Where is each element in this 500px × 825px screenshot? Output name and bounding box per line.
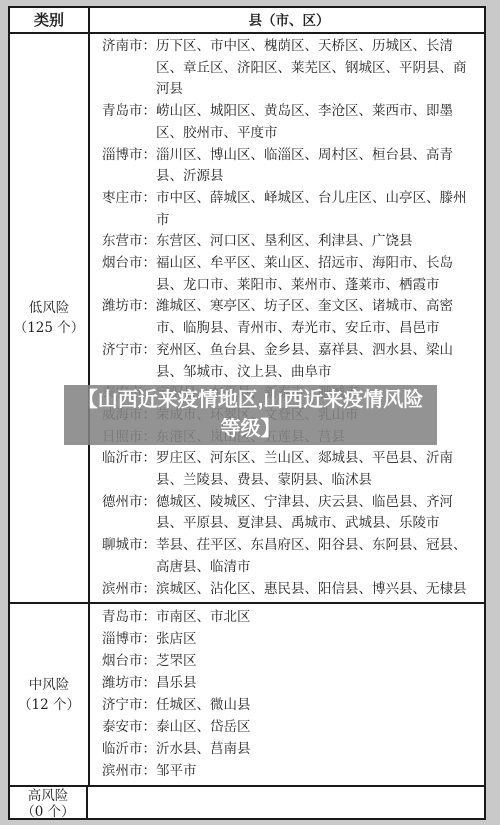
city-areas: 莘县、茌平区、东昌府区、阳谷县、东阿县、冠县、高唐县、临清市 — [156, 537, 467, 575]
city-name: 青岛市： — [102, 609, 156, 625]
mid-risk-level-count: （12 个） — [18, 695, 80, 715]
city-name: 聊城市： — [102, 537, 156, 553]
city-areas: 市中区、薛城区、峄城区、台儿庄区、山亭区、滕州市 — [156, 190, 467, 228]
city-name: 青岛市： — [102, 103, 156, 119]
city-areas: 潍城区、寒亭区、坊子区、奎文区、诸城市、高密市、临朐县、青州市、寿光市、安丘市、… — [156, 298, 453, 336]
watermark-overlay: 【山西近来疫情地区,山西近来疫情风险等级】 — [64, 385, 437, 445]
mid-risk-areas-cell: 青岛市：市南区、市北区 淄博市：张店区 烟台市：芝罘区 潍坊市：昌乐县 济宁市：… — [90, 604, 484, 785]
city-entry: 东营市：东营区、河口区、垦利区、利津县、广饶县 — [102, 231, 476, 253]
city-name: 烟台市： — [102, 255, 156, 271]
low-risk-areas-cell: 济南市：历下区、市中区、槐荫区、天桥区、历城区、长清区、章丘区、济阳区、莱芜区、… — [90, 34, 484, 602]
low-risk-level-name: 低风险 — [29, 298, 70, 318]
city-name: 泰安市： — [102, 719, 156, 735]
city-name: 潍坊市： — [102, 298, 156, 314]
city-entry: 青岛市：市南区、市北区 — [102, 606, 476, 628]
city-entry: 青岛市：崂山区、城阳区、黄岛区、李沧区、莱西市、即墨区、胶州市、平度市 — [102, 101, 476, 144]
city-areas: 滨城区、沾化区、惠民县、阳信县、博兴县、无棣县 — [156, 581, 467, 597]
city-areas: 德城区、陵城区、宁津县、庆云县、临邑县、齐河县、平原县、夏津县、禹城市、武城县、… — [156, 494, 453, 532]
low-risk-label: 低风险 （125 个） — [10, 34, 90, 602]
city-areas: 张店区 — [156, 631, 197, 647]
city-name: 滨州市： — [102, 581, 156, 597]
high-risk-row: 高风险 （0 个） — [10, 787, 484, 818]
city-entry: 临沂市：沂水县、莒南县 — [102, 738, 476, 760]
city-areas: 崂山区、城阳区、黄岛区、李沧区、莱西市、即墨区、胶州市、平度市 — [156, 103, 453, 141]
mid-risk-level-name: 中风险 — [29, 675, 70, 695]
city-entry: 枣庄市：市中区、薛城区、峄城区、台儿庄区、山亭区、滕州市 — [102, 188, 476, 231]
city-name: 烟台市： — [102, 653, 156, 669]
high-risk-level-count: （0 个） — [21, 805, 74, 819]
city-entry: 烟台市：福山区、牟平区、莱山区、招远市、海阳市、长岛县、龙口市、莱阳市、莱州市、… — [102, 253, 476, 296]
mid-risk-row: 中风险 （12 个） 青岛市：市南区、市北区 淄博市：张店区 烟台市：芝罘区 潍… — [10, 604, 484, 787]
city-areas: 历下区、市中区、槐荫区、天桥区、历城区、长清区、章丘区、济阳区、莱芜区、钢城区、… — [156, 38, 467, 97]
city-entry: 德州市：德城区、陵城区、宁津县、庆云县、临邑县、齐河县、平原县、夏津县、禹城市、… — [102, 492, 476, 535]
city-areas: 福山区、牟平区、莱山区、招远市、海阳市、长岛县、龙口市、莱阳市、莱州市、蓬莱市、… — [156, 255, 453, 293]
city-areas: 东营区、河口区、垦利区、利津县、广饶县 — [156, 233, 413, 249]
mid-risk-label: 中风险 （12 个） — [10, 604, 90, 785]
city-entry: 济宁市：任城区、微山县 — [102, 694, 476, 716]
city-name: 滨州市： — [102, 763, 156, 779]
city-name: 临沂市： — [102, 450, 156, 466]
city-areas: 昌乐县 — [156, 675, 197, 691]
city-entry: 聊城市：莘县、茌平区、东昌府区、阳谷县、东阿县、冠县、高唐县、临清市 — [102, 535, 476, 578]
city-entry: 淄博市：张店区 — [102, 628, 476, 650]
city-areas: 芝罘区 — [156, 653, 197, 669]
city-areas: 淄川区、博山区、临淄区、周村区、桓台县、高青县、沂源县 — [156, 147, 453, 185]
city-entry: 济宁市：兖州区、鱼台县、金乡县、嘉祥县、泗水县、梁山县、邹城市、汶上县、曲阜市 — [102, 340, 476, 383]
city-entry: 淄博市：淄川区、博山区、临淄区、周村区、桓台县、高青县、沂源县 — [102, 145, 476, 188]
watermark-text: 【山西近来疫情地区,山西近来疫情风险等级】 — [78, 389, 424, 440]
city-entry: 烟台市：芝罘区 — [102, 650, 476, 672]
city-name: 济宁市： — [102, 342, 156, 358]
city-entry: 泰安市：泰山区、岱岳区 — [102, 716, 476, 738]
city-name: 德州市： — [102, 494, 156, 510]
low-risk-row: 低风险 （125 个） 济南市：历下区、市中区、槐荫区、天桥区、历城区、长清区、… — [10, 34, 484, 604]
city-name: 淄博市： — [102, 147, 156, 163]
city-areas: 兖州区、鱼台县、金乡县、嘉祥县、泗水县、梁山县、邹城市、汶上县、曲阜市 — [156, 342, 453, 380]
city-entry: 滨州市：滨城区、沾化区、惠民县、阳信县、博兴县、无棣县 — [102, 579, 476, 601]
table-header-row: 类别 县（市、区） — [10, 8, 484, 34]
high-risk-label: 高风险 （0 个） — [10, 787, 88, 818]
header-category: 类别 — [10, 8, 90, 32]
city-areas: 罗庄区、河东区、兰山区、郯城县、平邑县、沂南县、兰陵县、费县、蒙阴县、临沭县 — [156, 450, 453, 488]
high-risk-areas-cell — [88, 787, 484, 818]
city-name: 淄博市： — [102, 631, 156, 647]
city-areas: 任城区、微山县 — [156, 697, 251, 713]
city-name: 枣庄市： — [102, 190, 156, 206]
city-areas: 市南区、市北区 — [156, 609, 251, 625]
city-entry: 济南市：历下区、市中区、槐荫区、天桥区、历城区、长清区、章丘区、济阳区、莱芜区、… — [102, 36, 476, 101]
city-entry: 临沂市：罗庄区、河东区、兰山区、郯城县、平邑县、沂南县、兰陵县、费县、蒙阴县、临… — [102, 448, 476, 491]
city-areas: 邹平市 — [156, 763, 197, 779]
city-name: 济宁市： — [102, 697, 156, 713]
city-name: 东营市： — [102, 233, 156, 249]
high-risk-level-name: 高风险 — [28, 789, 69, 805]
low-risk-level-count: （125 个） — [14, 318, 85, 338]
header-county: 县（市、区） — [90, 8, 484, 32]
city-entry: 潍坊市：昌乐县 — [102, 672, 476, 694]
city-areas: 沂水县、莒南县 — [156, 741, 251, 757]
city-name: 济南市： — [102, 38, 156, 54]
city-entry: 潍坊市：潍城区、寒亭区、坊子区、奎文区、诸城市、高密市、临朐县、青州市、寿光市、… — [102, 296, 476, 339]
city-areas: 泰山区、岱岳区 — [156, 719, 251, 735]
city-name: 临沂市： — [102, 741, 156, 757]
city-name: 潍坊市： — [102, 675, 156, 691]
city-entry: 滨州市：邹平市 — [102, 760, 476, 782]
